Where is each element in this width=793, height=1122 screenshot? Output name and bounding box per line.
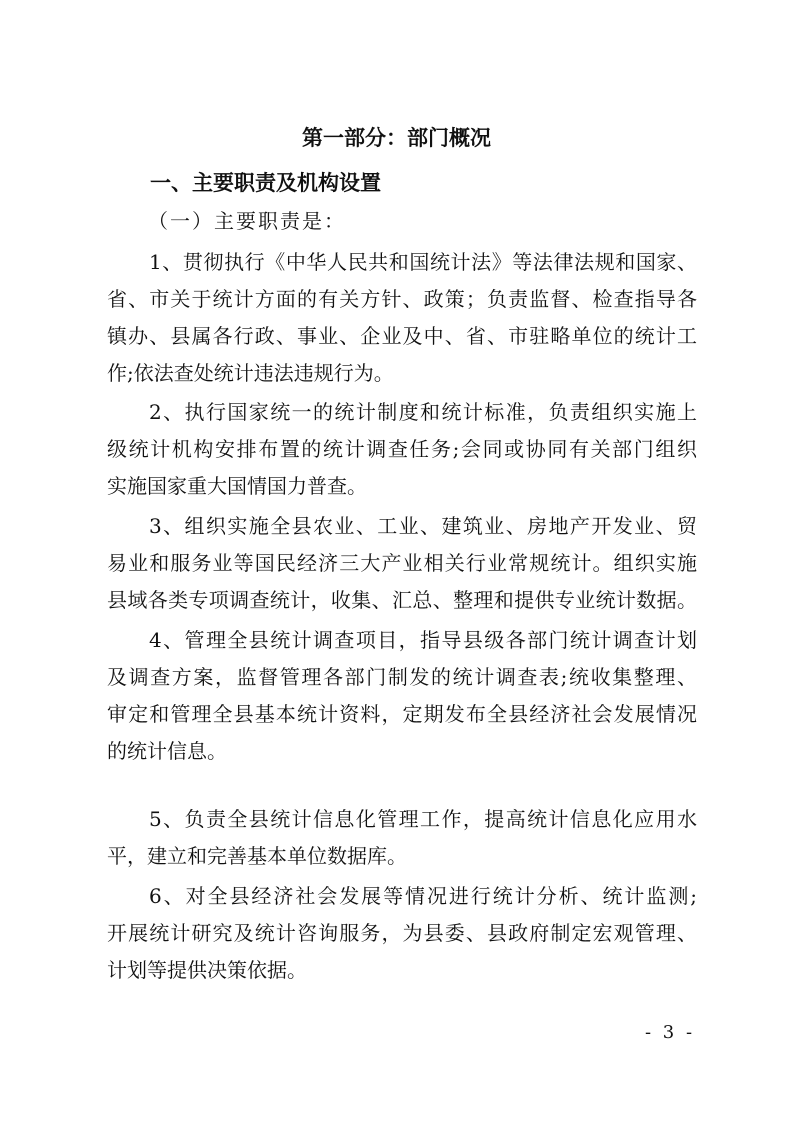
paragraph-1-line-3: 镇办、县属各行政、事业、企业及中、省、市驻略单位的统计工 [107, 320, 697, 350]
section-heading: 一、主要职责及机构设置 [150, 167, 381, 197]
paragraph-6-line-1: 6、对全县经济社会发展等情况进行统计分析、统计监测; [149, 880, 697, 910]
paragraph-3-line-3: 县域各类专项调查统计，收集、汇总、整理和提供专业统计数据。 [107, 584, 697, 614]
paragraph-3-line-1: 3、组织实施全县农业、工业、建筑业、房地产开发业、贸 [149, 510, 697, 540]
subsection-heading: （一）主要职责是： [148, 205, 346, 234]
paragraph-1-line-4: 作;依法查处统计违法违规行为。 [107, 357, 697, 387]
paragraph-6-line-2: 开展统计研究及统计咨询服务，为县委、县政府制定宏观管理、 [107, 917, 697, 947]
page-title: 第一部分：部门概况 [0, 122, 793, 152]
paragraph-4-line-2: 及调查方案，监督管理各部门制发的统计调查表;统收集整理、 [107, 661, 697, 691]
paragraph-1-line-2: 省、市关于统计方面的有关方针、政策；负责监督、检查指导各 [107, 283, 697, 313]
paragraph-4-line-3: 审定和管理全县基本统计资料，定期发布全县经济社会发展情况 [107, 698, 697, 728]
paragraph-2-line-1: 2、执行国家统一的统计制度和统计标准，负责组织实施上 [149, 396, 697, 426]
paragraph-3-line-2: 易业和服务业等国民经济三大产业相关行业常规统计。组织实施 [107, 547, 697, 577]
paragraph-2-line-3: 实施国家重大国情国力普查。 [107, 470, 697, 500]
paragraph-5-line-2: 平，建立和完善基本单位数据库。 [107, 840, 697, 870]
paragraph-2-line-2: 级统计机构安排布置的统计调查任务;会同或协同有关部门组织 [107, 433, 697, 463]
paragraph-6-line-3: 计划等提供决策依据。 [107, 954, 697, 984]
paragraph-5-line-1: 5、负责全县统计信息化管理工作，提高统计信息化应用水 [149, 803, 697, 833]
paragraph-4-line-4: 的统计信息。 [107, 735, 697, 765]
paragraph-4-line-1: 4、管理全县统计调查项目，指导县级各部门统计调查计划 [149, 624, 697, 654]
page-number: - 3 - [645, 1022, 695, 1043]
paragraph-1-line-1: 1、贯彻执行《中华人民共和国统计法》等法律法规和国家、 [149, 246, 697, 276]
document-page: 第一部分：部门概况 一、主要职责及机构设置 （一）主要职责是： 1、贯彻执行《中… [0, 0, 793, 1122]
